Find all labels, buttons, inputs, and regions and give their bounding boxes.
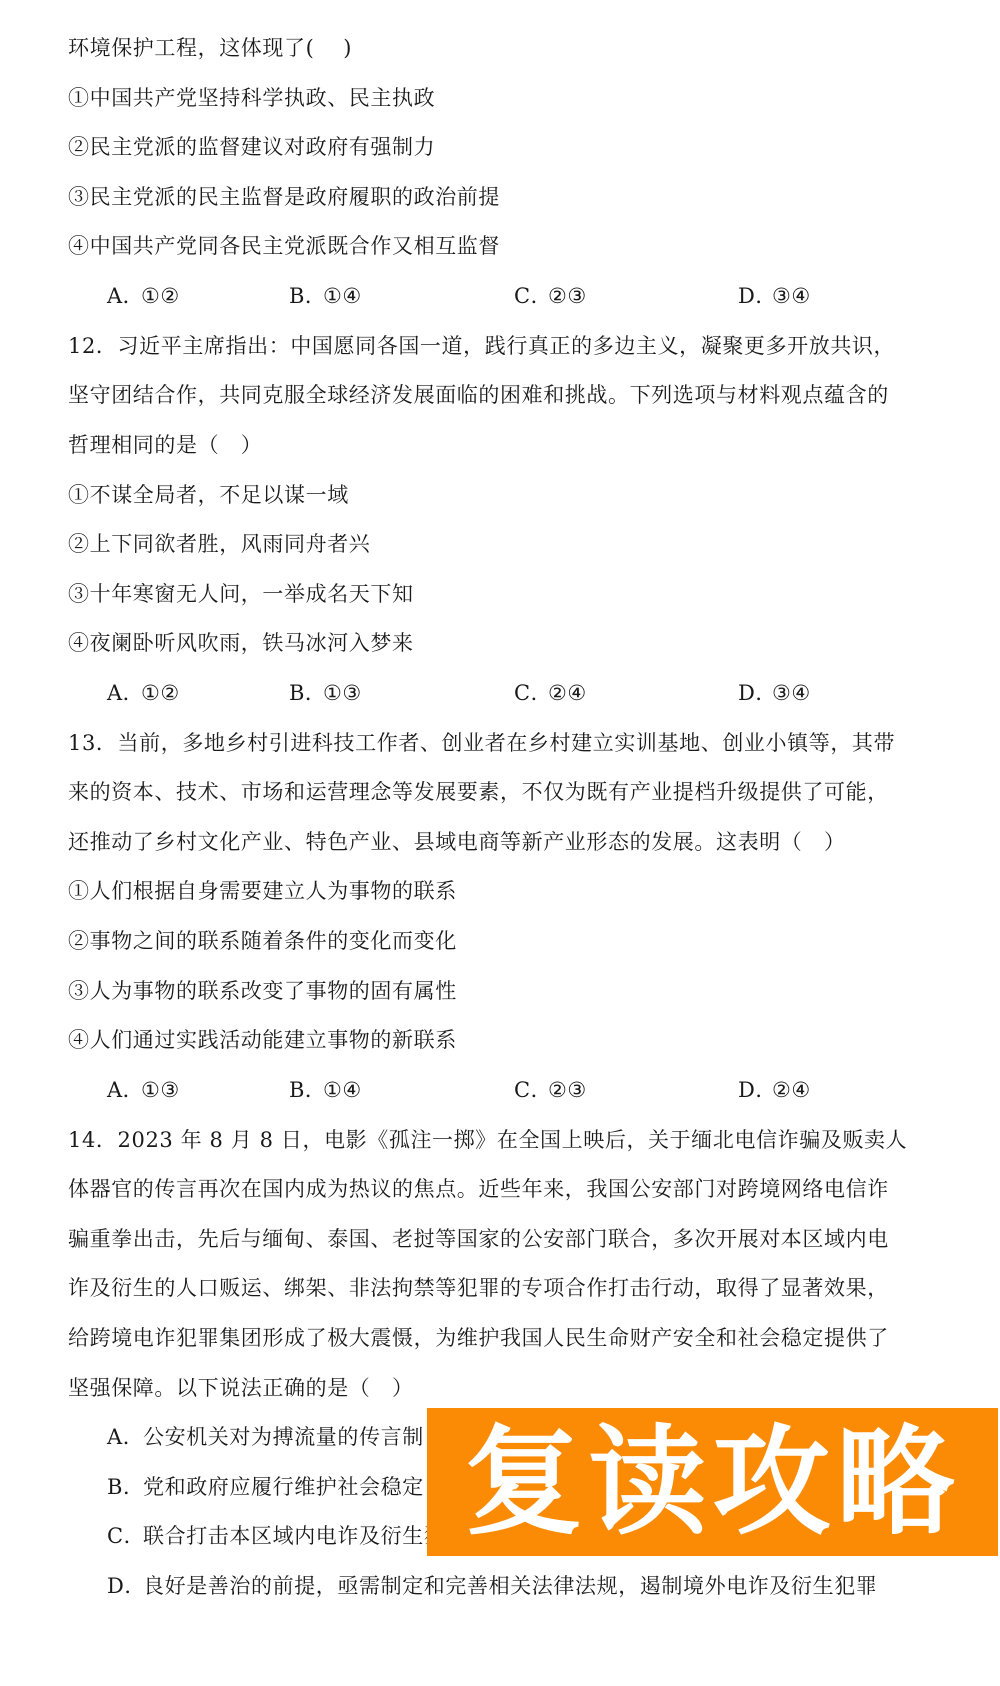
exam-page: 环境保护工程，这体现了( ) ①中国共产党坚持科学执政、民主执政 ②民主党派的监… xyxy=(0,0,1000,1686)
q13-statement-3: ③人为事物的联系改变了事物的固有属性 xyxy=(68,976,457,1006)
q13-option-d: D．②④ xyxy=(738,1075,811,1105)
q14-choice-d: D．良好是善治的前提，亟需制定和完善相关法律法规，遏制境外电诈及衍生犯罪 xyxy=(107,1571,877,1601)
q14-stem-line-4: 诈及衍生的人口贩运、绑架、非法拘禁等犯罪的专项合作打击行动，取得了显著效果， xyxy=(68,1273,889,1303)
q14-stem-line-2: 体器官的传言再次在国内成为热议的焦点。近些年来，我国公安部门对跨境网络电信诈 xyxy=(68,1174,889,1204)
q11-statement-2: ②民主党派的监督建议对政府有强制力 xyxy=(68,132,435,162)
q13-statement-2: ②事物之间的联系随着条件的变化而变化 xyxy=(68,926,457,956)
q11-options: A．①② B．①④ C．②③ D．③④ xyxy=(0,281,1000,311)
q13-options: A．①③ B．①④ C．②③ D．②④ xyxy=(0,1075,1000,1105)
q13-option-c: C．②③ xyxy=(514,1075,587,1105)
q12-statement-2: ②上下同欲者胜，风雨同舟者兴 xyxy=(68,529,370,559)
q14-stem-line-5: 给跨境电诈犯罪集团形成了极大震慑，为维护我国人民生命财产安全和社会稳定提供了 xyxy=(68,1323,889,1353)
q14-choice-a: A．公安机关对为搏流量的传言制 xyxy=(107,1422,424,1452)
q12-stem-line-1: 12．习近平主席指出：中国愿同各国一道，践行真正的多边主义，凝聚更多开放共识， xyxy=(68,331,895,361)
q14-stem-line-6: 坚强保障。以下说法正确的是（ ） xyxy=(68,1373,414,1403)
q11-stem-tail: 环境保护工程，这体现了( ) xyxy=(68,33,352,63)
q11-option-b: B．①④ xyxy=(289,281,362,311)
q13-stem-line-1: 13．当前，多地乡村引进科技工作者、创业者在乡村建立实训基地、创业小镇等，其带 xyxy=(68,728,895,758)
q13-option-b: B．①④ xyxy=(289,1075,362,1105)
q13-stem-line-3: 还推动了乡村文化产业、特色产业、县域电商等新产业形态的发展。这表明（ ） xyxy=(68,827,846,857)
q12-option-c: C．②④ xyxy=(514,678,587,708)
q14-stem-line-3: 骗重拳出击，先后与缅甸、泰国、老挝等国家的公安部门联合，多次开展对本区域内电 xyxy=(68,1224,889,1254)
q11-option-a: A．①② xyxy=(107,281,180,311)
q12-stem-line-2: 坚守团结合作，共同克服全球经济发展面临的困难和挑战。下列选项与材料观点蕴含的 xyxy=(68,380,889,410)
q11-statement-3: ③民主党派的民主监督是政府履职的政治前提 xyxy=(68,182,500,212)
q13-stem-line-2: 来的资本、技术、市场和运营理念等发展要素，不仅为既有产业提档升级提供了可能， xyxy=(68,777,889,807)
q12-statement-3: ③十年寒窗无人问，一举成名天下知 xyxy=(68,579,414,609)
q14-stem-line-1: 14．2023 年 8 月 8 日，电影《孤注一掷》在全国上映后，关于缅北电信诈… xyxy=(68,1125,907,1155)
q13-statement-1: ①人们根据自身需要建立人为事物的联系 xyxy=(68,876,457,906)
q12-option-d: D．③④ xyxy=(738,678,811,708)
q11-statement-1: ①中国共产党坚持科学执政、民主执政 xyxy=(68,83,435,113)
q12-option-a: A．①② xyxy=(107,678,180,708)
q11-option-c: C．②③ xyxy=(514,281,587,311)
q12-option-b: B．①③ xyxy=(289,678,362,708)
q12-statement-4: ④夜阑卧听风吹雨，铁马冰河入梦来 xyxy=(68,628,414,658)
q14-choice-b: B．党和政府应履行维护社会稳定 xyxy=(107,1472,424,1502)
q13-option-a: A．①③ xyxy=(107,1075,180,1105)
q11-statement-4: ④中国共产党同各民主党派既合作又相互监督 xyxy=(68,231,500,261)
q13-statement-4: ④人们通过实践活动能建立事物的新联系 xyxy=(68,1025,457,1055)
q12-stem-line-3: 哲理相同的是（ ） xyxy=(68,430,262,460)
q12-options: A．①② B．①③ C．②④ D．③④ xyxy=(0,678,1000,708)
q11-option-d: D．③④ xyxy=(738,281,811,311)
q12-statement-1: ①不谋全局者，不足以谋一域 xyxy=(68,480,349,510)
watermark-text: 复读攻略 xyxy=(464,1423,960,1541)
watermark-banner: 复读攻略 xyxy=(427,1408,998,1556)
